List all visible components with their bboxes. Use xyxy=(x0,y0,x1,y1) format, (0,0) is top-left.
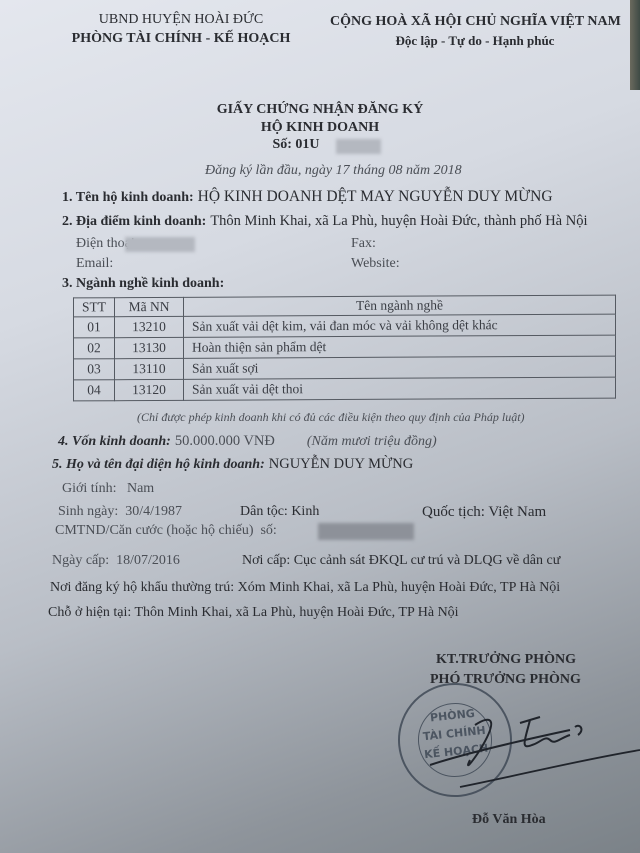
business-name-label: 1. Tên hộ kinh doanh: xyxy=(62,190,194,205)
column-header: Mã NN xyxy=(115,297,184,316)
certificate-title: GIẤY CHỨNG NHẬN ĐĂNG KÝ xyxy=(0,102,640,118)
column-header: STT xyxy=(74,298,115,317)
date-of-birth: Sinh ngày: 30/4/1987 xyxy=(58,504,182,520)
redacted-number xyxy=(336,139,381,154)
capital-in-words: (Năm mươi triệu đồng) xyxy=(307,434,437,449)
signature-title-1: KT.TRƯỞNG PHÒNG xyxy=(436,652,576,668)
current-address: Chỗ ở hiện tại: Thôn Minh Khai, xã La Ph… xyxy=(48,605,459,621)
section-business-name: 1. Tên hộ kinh doanh: HỘ KINH DOANH DỆT … xyxy=(62,188,553,206)
table-row: 01 13210 Sản xuất vải dệt kim, vải đan m… xyxy=(74,314,616,338)
national-header: CỘNG HOÀ XÃ HỘI CHỦ NGHĨA VIỆT NAM Độc l… xyxy=(330,12,620,50)
legal-note: (Chỉ được phép kinh doanh khi có đủ các … xyxy=(137,410,525,425)
location-label: 2. Địa điểm kinh doanh: xyxy=(62,214,206,229)
row-name: Sản xuất vải dệt thoi xyxy=(184,377,616,400)
row-stt: 04 xyxy=(74,380,115,401)
representative-label: 5. Họ và tên đại diện hộ kinh doanh: xyxy=(52,457,265,472)
id-number-label: CMTND/Căn cước (hoặc hộ chiếu) số: xyxy=(55,523,277,539)
signer-name: Đỗ Văn Hòa xyxy=(472,812,546,828)
issuer-header: UBND HUYỆN HOÀI ĐỨC PHÒNG TÀI CHÍNH - KẾ… xyxy=(66,10,296,48)
redacted-phone xyxy=(125,237,195,252)
capital-value: 50.000.000 VNĐ xyxy=(175,433,275,449)
row-code: 13130 xyxy=(115,337,184,358)
signature-scribble xyxy=(420,705,640,795)
business-lines-table: STT Mã NN Tên ngành nghề 01 13210 Sản xu… xyxy=(73,295,616,402)
national-title: CỘNG HOÀ XÃ HỘI CHỦ NGHĨA VIỆT NAM xyxy=(330,12,620,31)
row-stt: 03 xyxy=(74,359,115,380)
row-code: 13210 xyxy=(115,316,184,337)
row-code: 13120 xyxy=(115,379,184,400)
section-business-location: 2. Địa điểm kinh doanh: Thôn Minh Khai, … xyxy=(62,212,587,230)
row-stt: 01 xyxy=(74,317,115,338)
issue-date: Ngày cấp: 18/07/2016 xyxy=(52,553,180,569)
national-motto: Độc lập - Tự do - Hạnh phúc xyxy=(330,31,620,50)
certificate-number: Số: 01U xyxy=(0,137,616,153)
row-name: Sản xuất sợi xyxy=(184,356,616,379)
registration-date: Đăng ký lần đầu, ngày 17 tháng 08 năm 20… xyxy=(205,163,462,179)
issue-place: Nơi cấp: Cục cảnh sát ĐKQL cư trú và DLQ… xyxy=(242,553,560,569)
issuer-line2: PHÒNG TÀI CHÍNH - KẾ HOẠCH xyxy=(66,29,296,48)
ethnicity: Dân tộc: Kinh xyxy=(240,504,319,520)
permanent-address: Nơi đăng ký hộ khẩu thường trú: Xóm Minh… xyxy=(50,580,560,596)
table-row: 04 13120 Sản xuất vải dệt thoi xyxy=(74,377,616,401)
business-name-value: HỘ KINH DOANH DỆT MAY NGUYỄN DUY MỪNG xyxy=(198,188,553,205)
fax-label: Fax: xyxy=(351,236,376,252)
location-value: Thôn Minh Khai, xã La Phù, huyện Hoài Đứ… xyxy=(210,213,587,229)
section-representative: 5. Họ và tên đại diện hộ kinh doanh: NGU… xyxy=(52,455,413,473)
email-label: Email: xyxy=(76,256,113,272)
certificate-subtitle: HỘ KINH DOANH xyxy=(0,120,640,136)
section-capital: 4. Vốn kinh doanh: 50.000.000 VNĐ (Năm m… xyxy=(58,432,437,450)
capital-label: 4. Vốn kinh doanh: xyxy=(58,434,171,449)
gender: Giới tính: Nam xyxy=(62,481,154,497)
table-row: 03 13110 Sản xuất sợi xyxy=(74,356,616,380)
representative-name: NGUYỄN DUY MỪNG xyxy=(269,456,413,472)
redacted-id-number xyxy=(318,523,414,540)
website-label: Website: xyxy=(351,256,400,272)
business-lines-label: 3. Ngành nghề kinh doanh: xyxy=(62,276,224,292)
row-stt: 02 xyxy=(74,338,115,359)
issuer-line1: UBND HUYỆN HOÀI ĐỨC xyxy=(66,10,296,29)
row-code: 13110 xyxy=(115,358,184,379)
column-header: Tên ngành nghề xyxy=(184,295,616,316)
background-edge xyxy=(630,0,640,90)
nationality: Quốc tịch: Việt Nam xyxy=(422,504,546,521)
table-row: 02 13130 Hoàn thiện sản phẩm dệt xyxy=(74,335,616,359)
row-name: Sản xuất vải dệt kim, vải đan móc và vải… xyxy=(184,314,616,337)
row-name: Hoàn thiện sản phẩm dệt xyxy=(184,335,616,358)
